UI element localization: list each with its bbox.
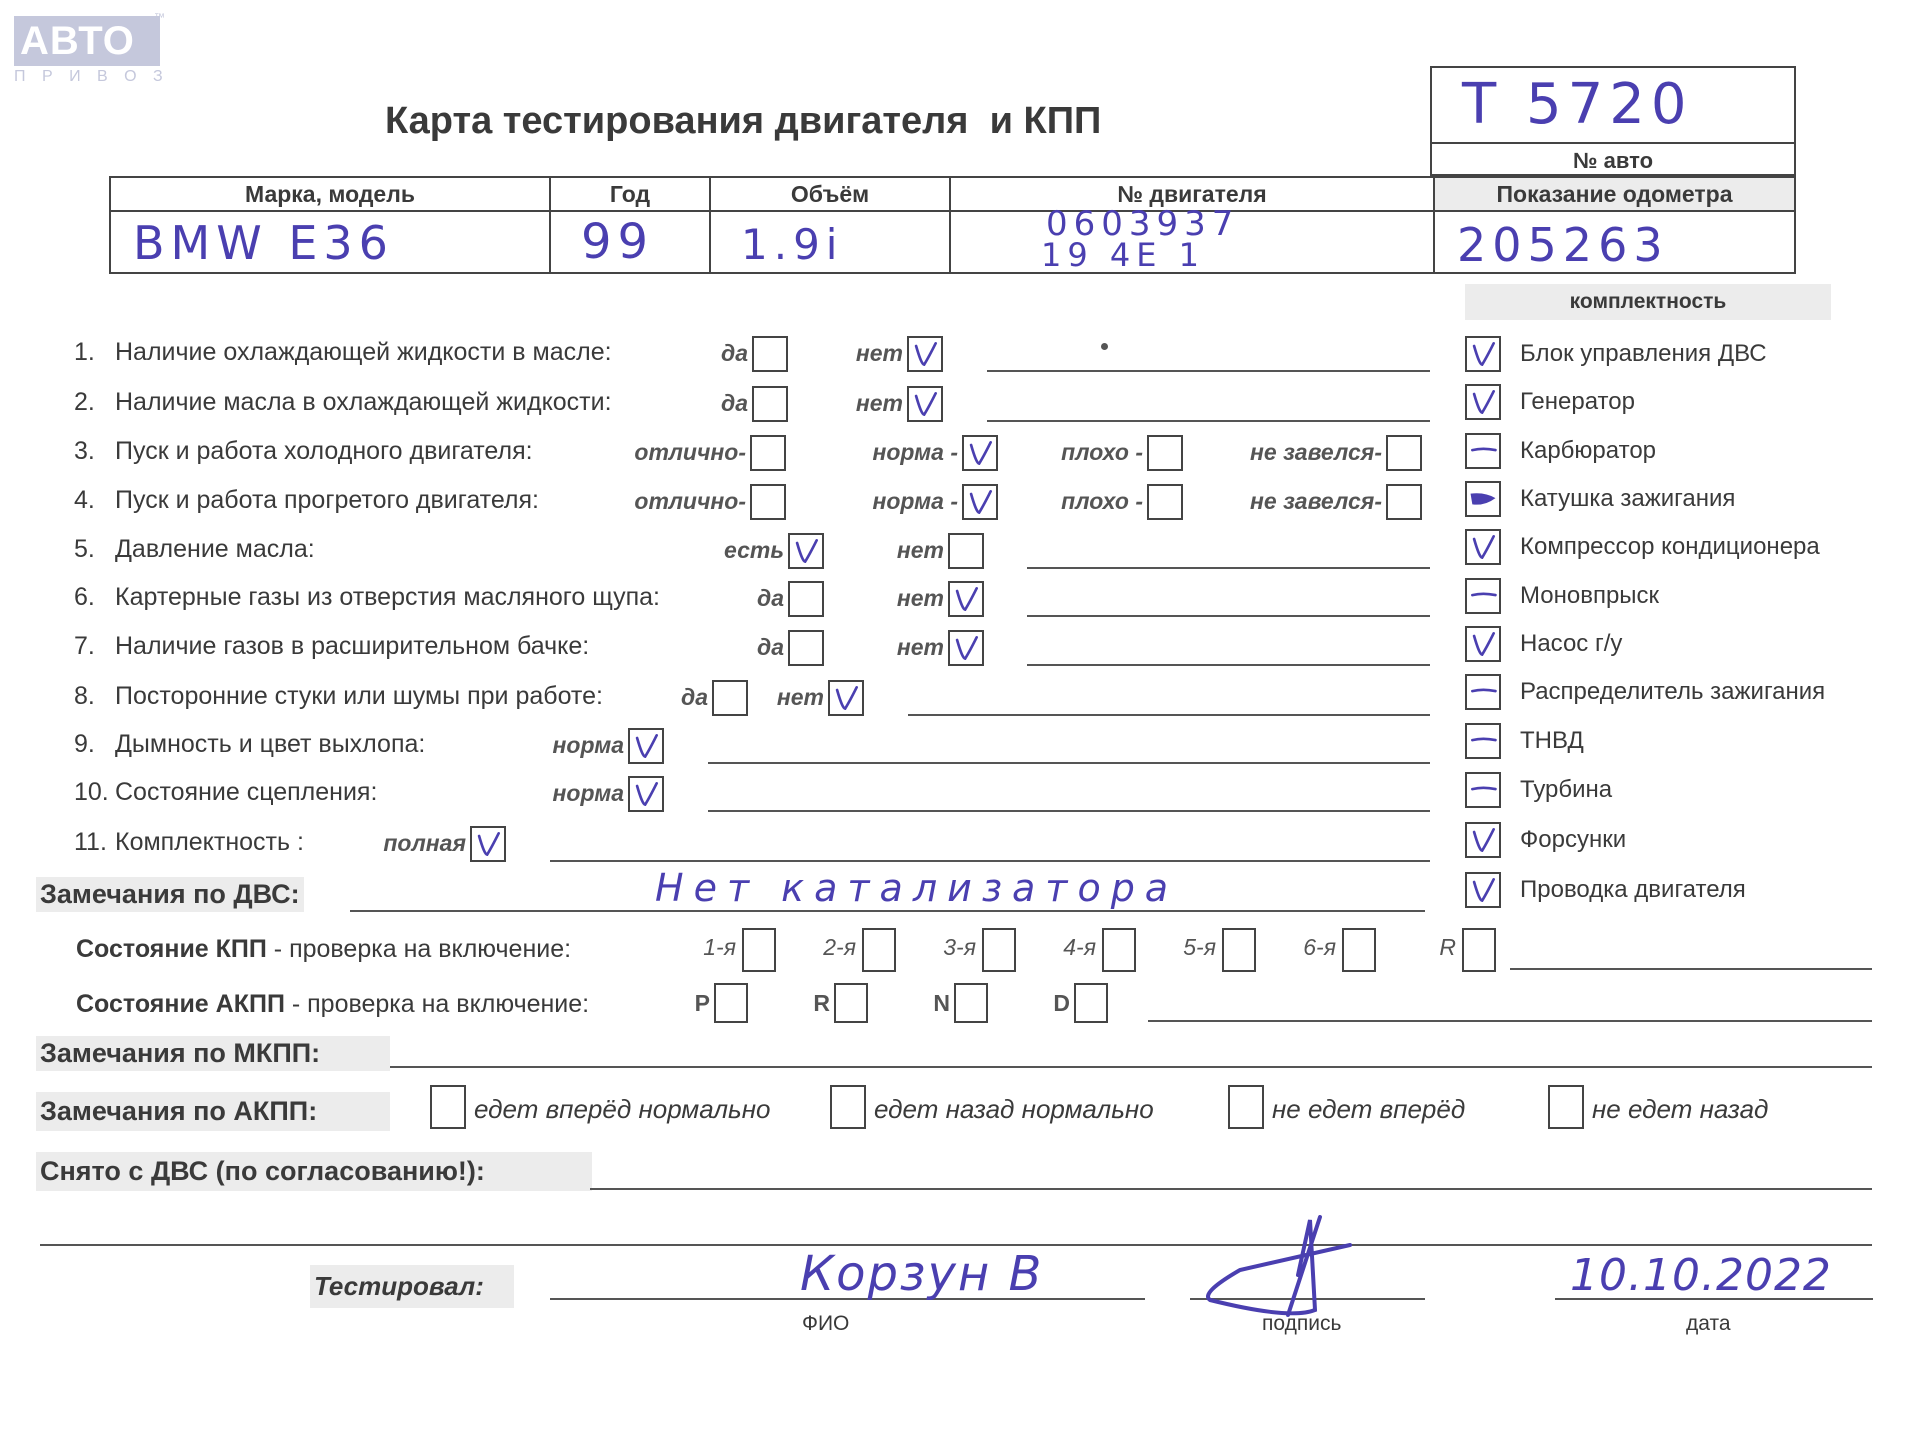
- check-6-option-label: нет: [897, 585, 944, 612]
- check-3-option-checkbox[interactable]: [1147, 435, 1183, 471]
- completeness-item-label: Катушка зажигания: [1520, 485, 1735, 513]
- completeness-item-label: Моновпрыск: [1520, 582, 1659, 610]
- check-1-option-label: нет: [856, 340, 903, 367]
- manual-gear-label: 5-я: [1183, 934, 1216, 961]
- completeness-checkbox[interactable]: [1465, 772, 1501, 808]
- auto-gear-label: P: [695, 990, 710, 1017]
- check-8-number: 8.: [74, 682, 95, 711]
- check-3-option-checkbox[interactable]: [1386, 435, 1422, 471]
- check-3-option-checkbox[interactable]: [962, 435, 998, 471]
- auto-gear-checkbox[interactable]: [954, 983, 988, 1023]
- completeness-checkbox[interactable]: [1465, 529, 1501, 565]
- manual-gear-label: 1-я: [703, 934, 736, 961]
- signature: [1190, 1215, 1420, 1325]
- check-8-label: Посторонние стуки или шумы при работе:: [115, 682, 603, 711]
- removed-line[interactable]: [590, 1188, 1872, 1190]
- check-1-option-checkbox[interactable]: [907, 336, 943, 372]
- manual-gear-label: R: [1439, 934, 1456, 961]
- check-3-option-label: норма -: [872, 439, 958, 466]
- manual-gear-checkbox[interactable]: [1102, 928, 1136, 972]
- logo: АВТО П Р И В О З ™: [14, 16, 169, 86]
- car-number-label: № авто: [1432, 142, 1794, 178]
- col-make-model-header: Марка, модель: [111, 178, 549, 210]
- check-5-option-label: есть: [724, 537, 784, 564]
- auto-remark-checkbox[interactable]: [430, 1085, 466, 1129]
- check-7-option-label: нет: [897, 634, 944, 661]
- vehicle-info-table: Марка, модель Год Объём № двигателя Пока…: [109, 176, 1796, 274]
- manual-gear-label: 3-я: [943, 934, 976, 961]
- check-7-option-checkbox[interactable]: [788, 630, 824, 666]
- check-8-option-checkbox[interactable]: [712, 680, 748, 716]
- check-5-option-label: нет: [897, 537, 944, 564]
- auto-remark-label: едет назад нормально: [874, 1094, 1154, 1125]
- ink-dot: [1101, 343, 1108, 350]
- check-7-option-label: да: [757, 634, 784, 661]
- check-2-notes-line[interactable]: [987, 420, 1430, 422]
- check-4-label: Пуск и работа прогретого двигателя:: [115, 486, 539, 515]
- check-8-option-label: да: [681, 684, 708, 711]
- manual-remarks-line[interactable]: [390, 1066, 1872, 1068]
- check-6-option-checkbox[interactable]: [788, 581, 824, 617]
- completeness-checkbox[interactable]: [1465, 723, 1501, 759]
- auto-gear-label: D: [1053, 990, 1070, 1017]
- check-10-option-label: норма: [553, 780, 625, 807]
- auto-gear-label: R: [813, 990, 830, 1017]
- auto-remark-label: не едет назад: [1592, 1094, 1768, 1125]
- check-8-notes-line[interactable]: [908, 714, 1430, 716]
- manual-gear-checkbox[interactable]: [982, 928, 1016, 972]
- auto-remark-label: не едет вперёд: [1272, 1094, 1465, 1125]
- check-5-notes-line[interactable]: [1027, 567, 1430, 569]
- auto-remark-checkbox[interactable]: [830, 1085, 866, 1129]
- odometer-value[interactable]: 205263: [1457, 218, 1669, 272]
- col-odometer-header: Показание одометра: [1435, 178, 1794, 210]
- completeness-checkbox[interactable]: [1465, 674, 1501, 710]
- auto-remarks-label: Замечания по АКПП:: [36, 1092, 390, 1131]
- check-11-option-label: полная: [383, 830, 466, 857]
- tested-by-label: Тестировал:: [310, 1265, 514, 1308]
- page-title: Карта тестирования двигателя и КПП: [385, 100, 1101, 143]
- col-year-header: Год: [551, 178, 709, 210]
- check-3-option-label: плохо -: [1061, 439, 1143, 466]
- volume-value[interactable]: 1.9i: [741, 220, 843, 269]
- check-2-label: Наличие масла в охлаждающей жидкости:: [115, 388, 612, 417]
- check-4-option-checkbox[interactable]: [750, 484, 786, 520]
- check-5-option-checkbox[interactable]: [788, 533, 824, 569]
- completeness-checkbox[interactable]: [1465, 433, 1501, 469]
- completeness-checkbox[interactable]: [1465, 822, 1501, 858]
- completeness-item-label: Распределитель зажигания: [1520, 678, 1825, 706]
- check-6-option-checkbox[interactable]: [948, 581, 984, 617]
- manual-gear-label: 2-я: [823, 934, 856, 961]
- check-3-label: Пуск и работа холодного двигателя:: [115, 437, 533, 466]
- check-1-label: Наличие охлаждающей жидкости в масле:: [115, 338, 612, 367]
- check-8-option-label: нет: [777, 684, 824, 711]
- check-11-label: Комплектность :: [115, 828, 304, 857]
- logo-main: АВТО: [14, 16, 160, 66]
- check-7-number: 7.: [74, 632, 95, 661]
- check-7-notes-line[interactable]: [1027, 664, 1430, 666]
- auto-gear-label: N: [933, 990, 950, 1017]
- completeness-item-label: Генератор: [1520, 388, 1635, 416]
- completeness-title: комплектность: [1465, 284, 1831, 320]
- check-6-number: 6.: [74, 583, 95, 612]
- check-11-notes-line[interactable]: [550, 860, 1430, 862]
- completeness-item-label: ТНВД: [1520, 727, 1584, 755]
- manual-gear-checkbox[interactable]: [742, 928, 776, 972]
- check-6-option-label: да: [757, 585, 784, 612]
- completeness-item-label: Форсунки: [1520, 826, 1626, 854]
- engine-number-line2[interactable]: 19 4E 1: [1041, 236, 1205, 274]
- check-11-option-checkbox[interactable]: [470, 826, 506, 862]
- completeness-checkbox[interactable]: [1465, 578, 1501, 614]
- auto-remark-checkbox[interactable]: [1548, 1085, 1584, 1129]
- manual-gear-label: 6-я: [1303, 934, 1336, 961]
- auto-gear-checkbox[interactable]: [1074, 983, 1108, 1023]
- check-7-label: Наличие газов в расширительном бачке:: [115, 632, 589, 661]
- auto-remark-label: едет вперёд нормально: [474, 1094, 770, 1125]
- completeness-item-label: Карбюратор: [1520, 437, 1656, 465]
- check-2-number: 2.: [74, 388, 95, 417]
- manual-gear-checkbox[interactable]: [1222, 928, 1256, 972]
- auto-gearbox-label: Состояние АКПП - проверка на включение:: [76, 990, 589, 1019]
- date-caption: дата: [1686, 1312, 1731, 1336]
- check-10-notes-line[interactable]: [708, 810, 1430, 812]
- check-3-option-label: не завелся-: [1250, 439, 1382, 466]
- completeness-item-label: Насос г/у: [1520, 630, 1622, 658]
- make-model-value[interactable]: BMW E36: [133, 216, 394, 270]
- check-5-label: Давление масла:: [115, 535, 315, 564]
- check-2-option-checkbox[interactable]: [907, 386, 943, 422]
- check-9-option-checkbox[interactable]: [628, 728, 664, 764]
- auto-gear-checkbox[interactable]: [714, 983, 748, 1023]
- completeness-checkbox[interactable]: [1465, 481, 1501, 517]
- check-8-option-checkbox[interactable]: [828, 680, 864, 716]
- engine-remarks-label: Замечания по ДВС:: [36, 877, 304, 912]
- check-2-option-label: да: [721, 390, 748, 417]
- manual-remarks-label: Замечания по МКПП:: [36, 1036, 390, 1071]
- check-2-option-checkbox[interactable]: [752, 386, 788, 422]
- completeness-checkbox[interactable]: [1465, 626, 1501, 662]
- completeness-item-label: Компрессор кондиционера: [1520, 533, 1820, 561]
- completeness-item-label: Проводка двигателя: [1520, 876, 1746, 904]
- manual-gear-checkbox[interactable]: [1342, 928, 1376, 972]
- check-9-option-label: норма: [553, 732, 625, 759]
- manual-gear-checkbox[interactable]: [862, 928, 896, 972]
- check-9-label: Дымность и цвет выхлопа:: [115, 730, 425, 759]
- check-5-number: 5.: [74, 535, 95, 564]
- auto-gearbox-line: [1148, 1020, 1872, 1022]
- check-3-option-label: отлично-: [634, 439, 746, 466]
- manual-gear-label: 4-я: [1063, 934, 1096, 961]
- engine-remarks-value[interactable]: Нет катализатора: [655, 866, 1178, 910]
- signature-caption: подпись: [1262, 1312, 1341, 1336]
- manual-gearbox-line: [1510, 968, 1872, 970]
- check-10-option-checkbox[interactable]: [628, 776, 664, 812]
- engine-remarks-line: [350, 910, 1425, 912]
- removed-label: Снято с ДВС (по согласованию!):: [36, 1152, 592, 1191]
- logo-sub: П Р И В О З: [14, 68, 169, 86]
- check-4-option-label: норма -: [872, 488, 958, 515]
- check-1-number: 1.: [74, 338, 95, 367]
- check-1-notes-line[interactable]: [987, 370, 1430, 372]
- check-3-option-checkbox[interactable]: [750, 435, 786, 471]
- check-10-label: Состояние сцепления:: [115, 778, 377, 807]
- car-number-value[interactable]: T 5720: [1462, 72, 1693, 137]
- check-9-number: 9.: [74, 730, 95, 759]
- auto-gear-checkbox[interactable]: [834, 983, 868, 1023]
- check-7-option-checkbox[interactable]: [948, 630, 984, 666]
- logo-tm: ™: [154, 12, 165, 24]
- check-1-option-checkbox[interactable]: [752, 336, 788, 372]
- check-4-option-checkbox[interactable]: [962, 484, 998, 520]
- check-4-option-label: не завелся-: [1250, 488, 1382, 515]
- completeness-checkbox[interactable]: [1465, 872, 1501, 908]
- year-value[interactable]: 99: [581, 214, 654, 270]
- check-4-option-checkbox[interactable]: [1386, 484, 1422, 520]
- check-2-option-label: нет: [856, 390, 903, 417]
- check-4-option-label: отлично-: [634, 488, 746, 515]
- check-3-number: 3.: [74, 437, 95, 466]
- completeness-checkbox[interactable]: [1465, 384, 1501, 420]
- check-1-option-label: да: [721, 340, 748, 367]
- check-6-label: Картерные газы из отверстия масляного щу…: [115, 583, 660, 612]
- test-date[interactable]: 10.10.2022: [1570, 1250, 1832, 1301]
- check-11-number: 11.: [74, 828, 107, 857]
- car-number-box: T 5720 № авто: [1430, 66, 1796, 176]
- completeness-item-label: Блок управления ДВС: [1520, 340, 1767, 368]
- completeness-item-label: Турбина: [1520, 776, 1612, 804]
- check-10-number: 10.: [74, 778, 109, 807]
- manual-gearbox-label: Состояние КПП - проверка на включение:: [76, 935, 571, 964]
- tester-name[interactable]: Корзун В: [800, 1246, 1043, 1302]
- check-4-number: 4.: [74, 486, 95, 515]
- check-4-option-label: плохо -: [1061, 488, 1143, 515]
- completeness-checkbox[interactable]: [1465, 336, 1501, 372]
- check-9-notes-line[interactable]: [708, 762, 1430, 764]
- col-volume-header: Объём: [711, 178, 949, 210]
- auto-remark-checkbox[interactable]: [1228, 1085, 1264, 1129]
- check-6-notes-line[interactable]: [1027, 615, 1430, 617]
- check-5-option-checkbox[interactable]: [948, 533, 984, 569]
- check-4-option-checkbox[interactable]: [1147, 484, 1183, 520]
- name-caption: ФИО: [802, 1312, 849, 1336]
- manual-gear-checkbox[interactable]: [1462, 928, 1496, 972]
